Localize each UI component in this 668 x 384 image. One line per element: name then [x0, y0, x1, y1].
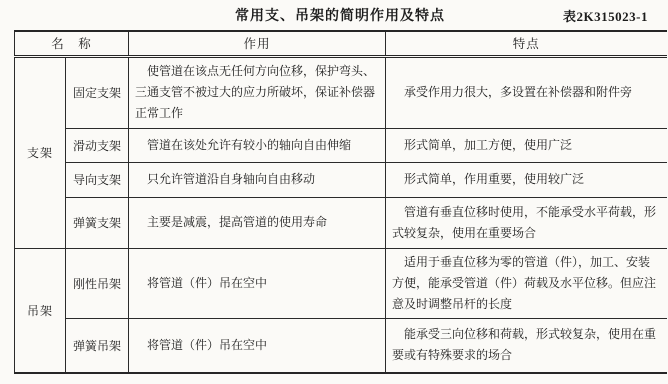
- sliding-support-name-cell: 滑动支架: [66, 128, 129, 162]
- spring-support-name-cell: 弹簧支架: [66, 197, 129, 248]
- header-row: 名 称 作用 特点: [15, 31, 667, 56]
- group-cell-support: 支架: [15, 56, 66, 248]
- guide-support-name-cell: 导向支架: [66, 162, 129, 197]
- spring-support-feature-cell: 管道有垂直位移时使用，不能承受水平荷载，形式较复杂，使用在重要场合: [386, 197, 667, 248]
- rigid-hanger-row: 吊架 刚性吊架 将管道（件）吊在空中 适用于垂直位移为零的管道（件），加工、安装…: [15, 248, 667, 318]
- fixed-support-feature-cell: 承受作用力很大，多设置在补偿器和附件旁: [386, 56, 667, 128]
- table-caption: 常用支、吊架的简明作用及特点 表2K315023-1: [14, 5, 666, 27]
- guide-support-row: 导向支架 只允许管道沿自身轴向自由移动 形式简单，作用重要，使用较广泛: [15, 162, 667, 197]
- spring-hanger-function-cell: 将管道（件）吊在空中: [129, 318, 386, 373]
- guide-support-feature-cell: 形式简单，作用重要，使用较广泛: [386, 162, 667, 197]
- spring-hanger-row: 弹簧吊架 将管道（件）吊在空中 能承受三向位移和荷载，形式较复杂，使用在重要或有…: [15, 318, 667, 373]
- fixed-support-row: 支架 固定支架 使管道在该点无任何方向位移，保护弯头、三通支管不被过大的应力所破…: [15, 56, 667, 128]
- col-header-feature: 特点: [386, 31, 667, 56]
- spring-hanger-name-cell: 弹簧吊架: [66, 318, 129, 373]
- spring-support-function-cell: 主要是减震，提高管道的使用寿命: [129, 197, 386, 248]
- rigid-hanger-name-cell: 刚性吊架: [66, 248, 129, 318]
- scanned-document-page: 常用支、吊架的简明作用及特点 表2K315023-1 名 称 作用 特点 支架 …: [0, 0, 668, 384]
- sliding-support-function-cell: 管道在该处允许有较小的轴向自由伸缩: [129, 128, 386, 162]
- rigid-hanger-feature-cell: 适用于垂直位移为零的管道（件），加工、安装方便，能承受管道（件）荷载及水平位移。…: [386, 248, 667, 318]
- table-code: 表2K315023-1: [563, 6, 648, 25]
- col-header-name: 名 称: [15, 31, 129, 56]
- group-cell-hanger: 吊架: [15, 248, 66, 373]
- supports-hangers-table: 名 称 作用 特点 支架 固定支架 使管道在该点无任何方向位移，保护弯头、三通支…: [14, 30, 667, 374]
- sliding-support-row: 滑动支架 管道在该处允许有较小的轴向自由伸缩 形式简单，加工方便，使用广泛: [15, 128, 667, 162]
- col-header-function: 作用: [129, 31, 386, 56]
- rigid-hanger-function-cell: 将管道（件）吊在空中: [129, 248, 386, 318]
- fixed-support-function-cell: 使管道在该点无任何方向位移，保护弯头、三通支管不被过大的应力所破坏，保证补偿器正…: [129, 56, 386, 128]
- spring-support-row: 弹簧支架 主要是减震，提高管道的使用寿命 管道有垂直位移时使用，不能承受水平荷载…: [15, 197, 667, 248]
- sliding-support-feature-cell: 形式简单，加工方便，使用广泛: [386, 128, 667, 162]
- guide-support-function-cell: 只允许管道沿自身轴向自由移动: [129, 162, 386, 197]
- spring-hanger-feature-cell: 能承受三向位移和荷载，形式较复杂，使用在重要或有特殊要求的场合: [386, 318, 667, 373]
- fixed-support-name-cell: 固定支架: [66, 56, 129, 128]
